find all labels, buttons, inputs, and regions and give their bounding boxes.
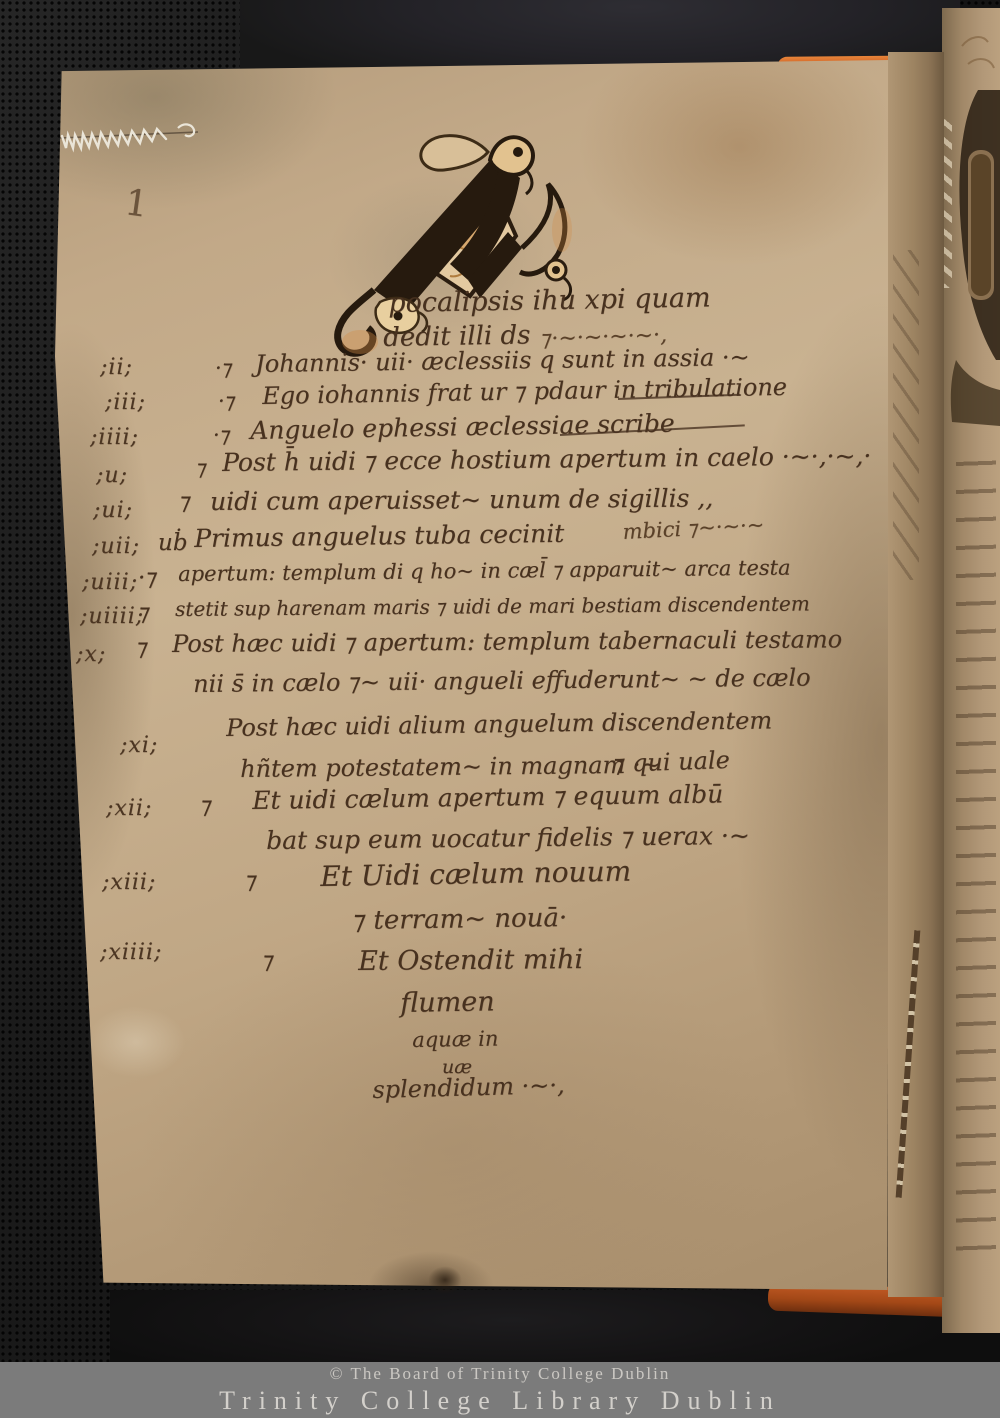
copyright-line: © The Board of Trinity College Dublin xyxy=(330,1364,671,1384)
tapering-line: flumen xyxy=(400,986,495,1019)
et-mark: ·⁊ xyxy=(218,389,235,413)
chapter-numeral: ;xiiii; xyxy=(100,940,162,965)
et-mark: uḃ xyxy=(158,530,188,556)
entry-note: ⁊ qui uale xyxy=(612,746,730,778)
chapter-numeral: ;x; xyxy=(76,642,106,667)
copyright-bar: © The Board of Trinity College Dublin Tr… xyxy=(0,1362,1000,1418)
et-mark: ⁊ xyxy=(138,600,149,626)
chapter-numeral: ;uii; xyxy=(92,534,140,559)
chapter-numeral: ;xi; xyxy=(120,733,158,758)
entry-text: uidi cum aperuisset~ unum de sigillis ,, xyxy=(210,483,713,516)
page-fore-edge xyxy=(888,52,944,1297)
entry-continuation: ⁊ terram~ nouā· xyxy=(352,903,567,936)
et-mark: ⁊ xyxy=(179,489,190,515)
worn-patch xyxy=(86,1006,186,1078)
et-mark: ·⁊ xyxy=(215,356,232,380)
chapter-numeral: ;iii; xyxy=(105,390,146,415)
et-mark: ·⁊ xyxy=(213,423,230,447)
chapter-numeral: ;u; xyxy=(96,463,128,488)
chapter-numeral: ;ii; xyxy=(100,355,133,380)
et-mark: ⁊ xyxy=(262,948,273,974)
et-mark: ⁊ xyxy=(200,793,211,819)
et-mark: ⁊ xyxy=(245,868,256,894)
heading-line-1: pocalipsis ihu xpi quam xyxy=(388,282,711,319)
entry-continuation: bat sup eum uocatur fidelis ⁊ uerax ·~ xyxy=(266,821,750,855)
chapter-numeral: ;uiiii; xyxy=(80,604,144,629)
chapter-numeral: ;uiii; xyxy=(82,570,138,595)
facing-page-initial-fragment xyxy=(948,30,1000,430)
tapering-line: splendidum ·~·, xyxy=(372,1071,565,1104)
tapering-line: aquæ in xyxy=(412,1026,499,1052)
repair-stitching xyxy=(60,116,200,166)
et-mark: ⁊ xyxy=(196,456,206,480)
entry-text: Primus anguelus tuba cecinit xyxy=(194,519,564,553)
chapter-numeral: ;ui; xyxy=(93,498,133,523)
facing-page-text-lines xyxy=(956,438,996,1258)
entry-continuation: hñtem potestatem~ in magnam ·~ xyxy=(240,751,661,783)
stain-spot xyxy=(428,1266,462,1294)
chapter-numeral: ;xii; xyxy=(106,796,152,821)
photograph-of-manuscript: 1 pocalipsis ihu xpi quam dedit illi ds … xyxy=(0,0,1000,1418)
entry-text: Post hæc uidi ⁊ apertum: templum taberna… xyxy=(172,625,842,658)
et-mark: ·⁊ xyxy=(138,565,157,591)
entry-text: Et Ostendit mihi xyxy=(358,944,583,977)
et-mark: ⁊ xyxy=(136,635,147,661)
chapter-numeral: ;iiii; xyxy=(90,425,139,450)
chapter-numeral: ;xiii; xyxy=(102,870,156,895)
entry-text: Et Uidi cælum nouum xyxy=(320,855,631,893)
library-name: Trinity College Library Dublin xyxy=(219,1386,781,1416)
fore-edge-stitches xyxy=(893,250,919,580)
